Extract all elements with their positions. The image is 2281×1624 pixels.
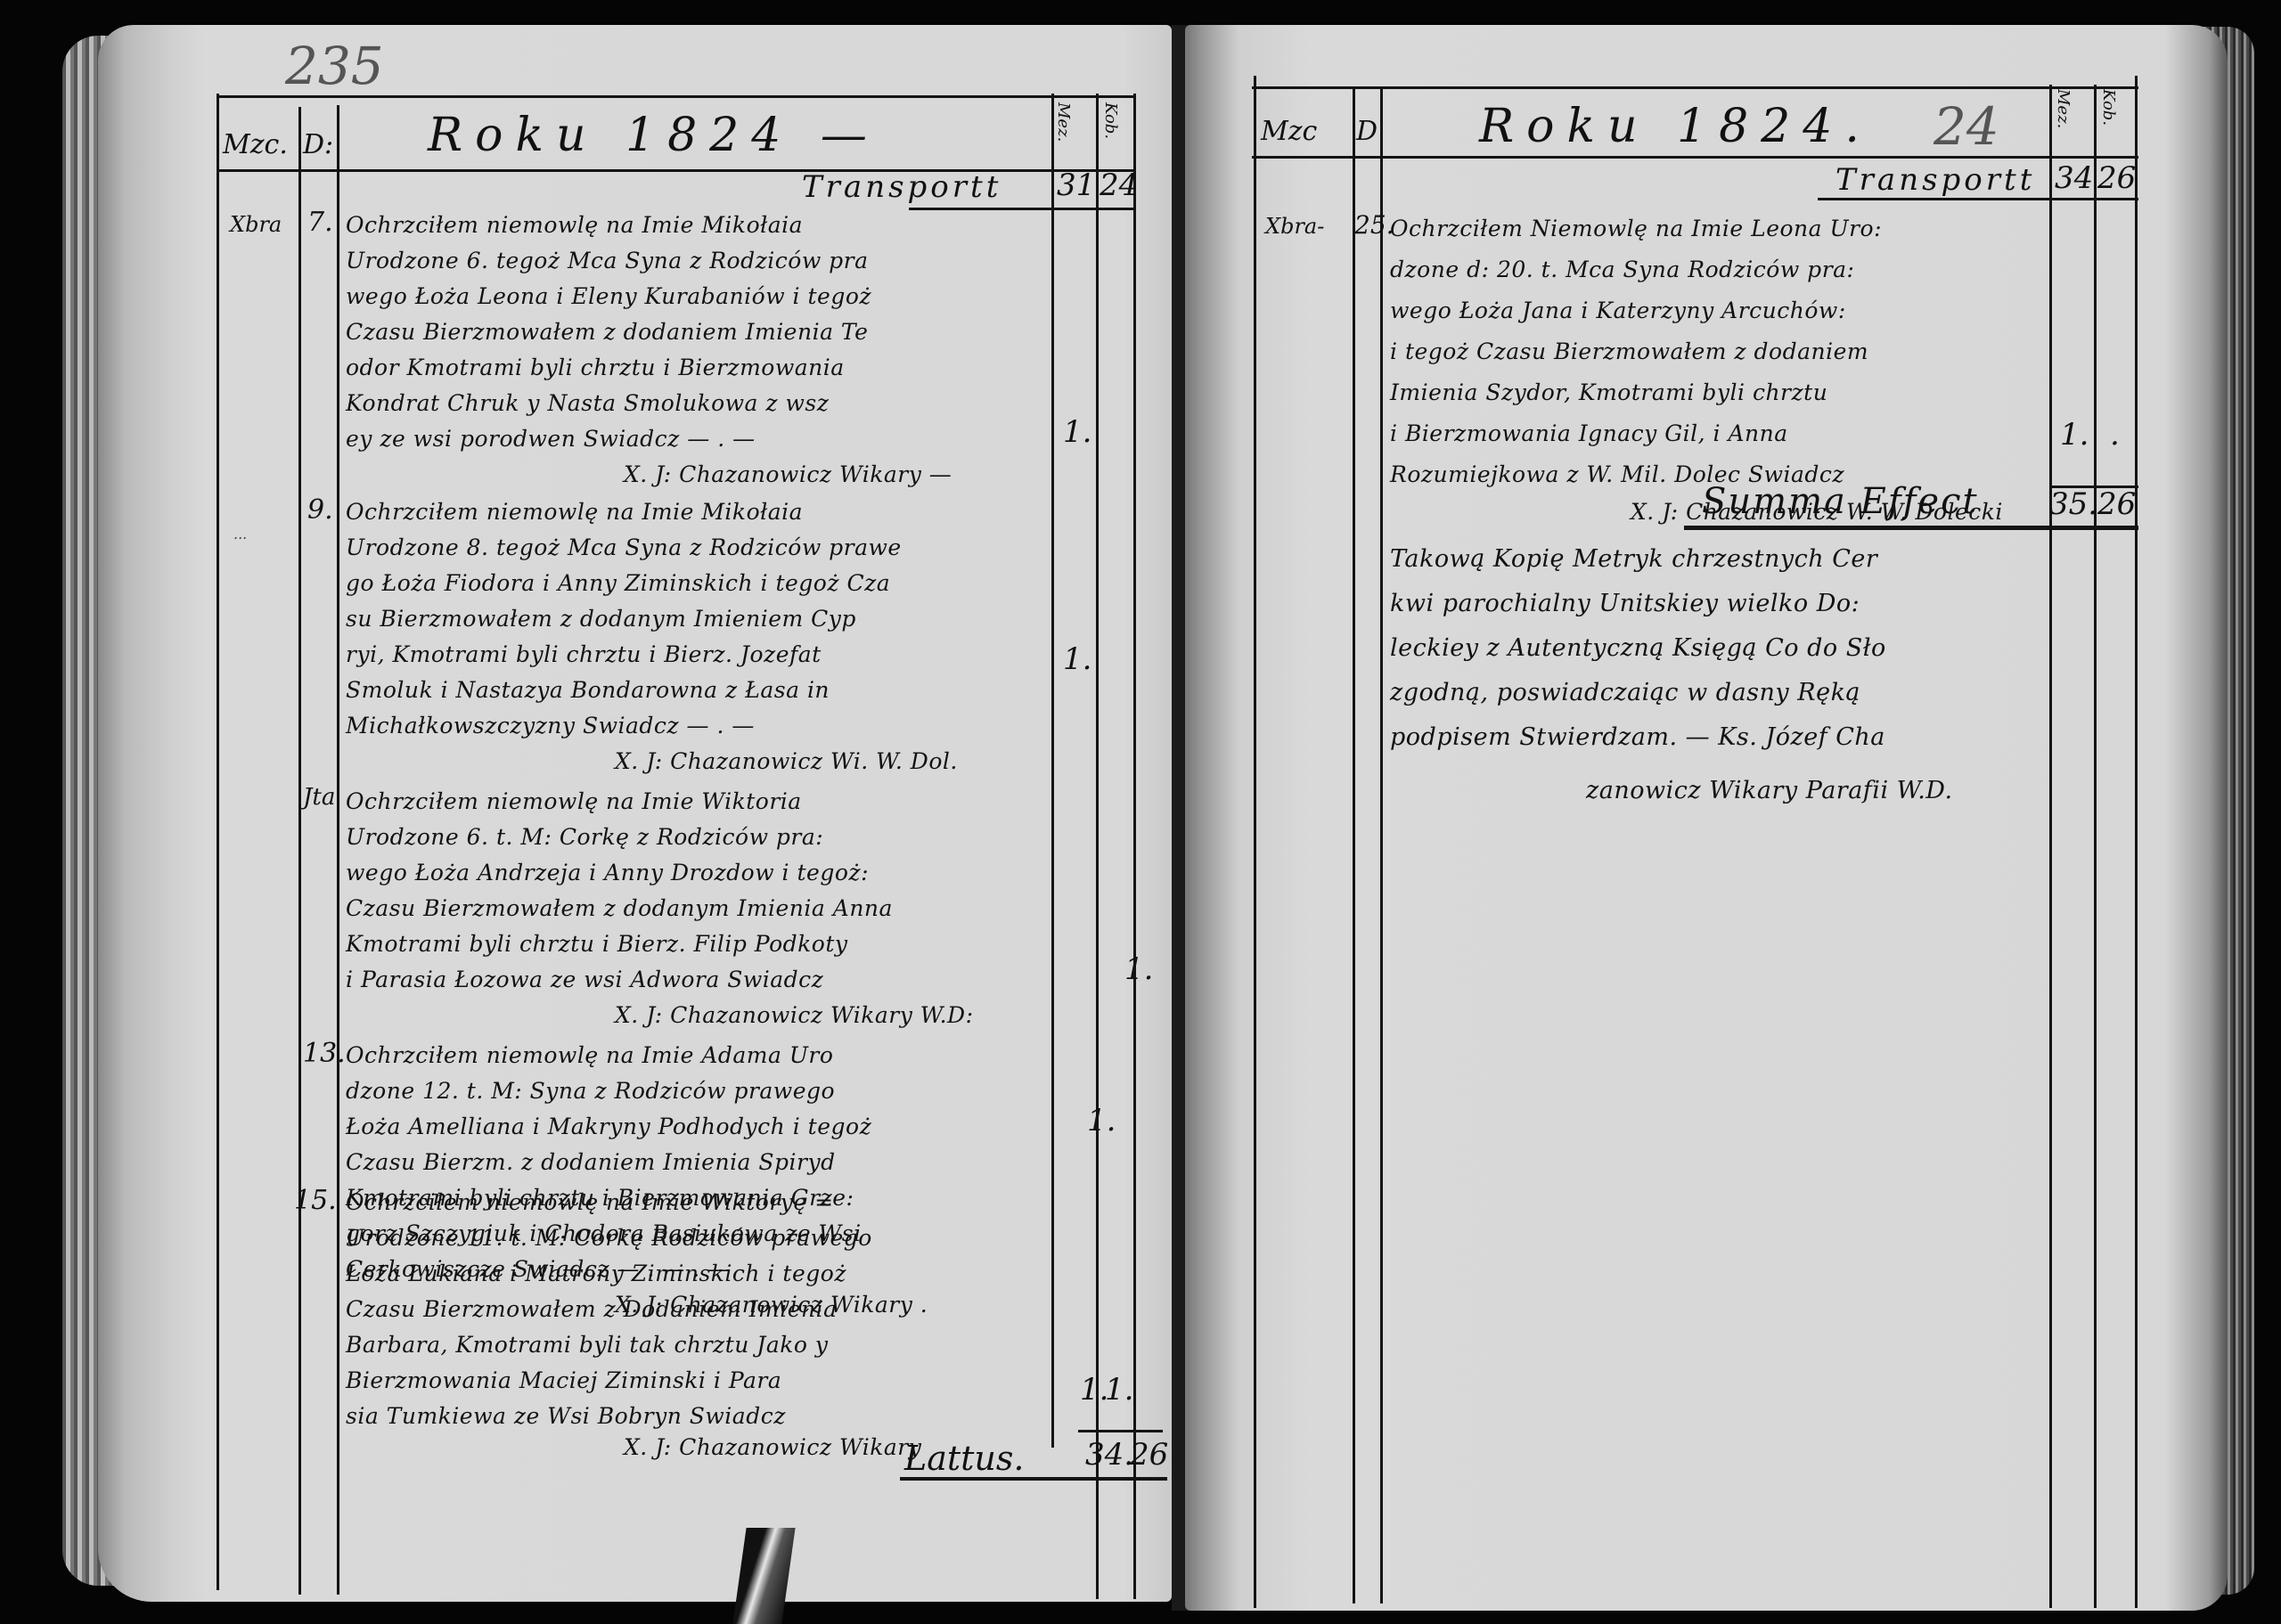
left-header-female: Kob.	[1101, 102, 1120, 139]
right-summa-rule	[1684, 526, 2138, 530]
left-header-male: Mez.	[1054, 102, 1073, 142]
entry-line: Smoluk i Nastazya Bondarowna z Łasa in	[346, 677, 830, 703]
entry-line: Czasu Bierzmowałem z Dodaniem Imienia	[346, 1296, 838, 1322]
entry-signature: X. J: Chazanowicz Wikary	[624, 1434, 921, 1460]
attestation-signature: zanowicz Wikary Parafii W.D.	[1586, 777, 1953, 804]
attestation-line: zgodną, poswiadczaiąc w dasny Ręką	[1390, 679, 1860, 706]
entry-line: ey ze wsi porodwen Swiadcz — . —	[346, 426, 756, 452]
attestation-line: podpisem Stwierdzam. — Ks. Józef Cha	[1390, 723, 1885, 751]
right-summa-label: Summa Effect	[1702, 481, 1979, 522]
entry-line: Bierzmowania Maciej Ziminski i Para	[346, 1367, 781, 1393]
entry-line: Ochrzciłem niemowlę na Imie Mikołaia	[346, 499, 803, 525]
right-header-rule	[1252, 156, 2138, 159]
entry-line: sia Tumkiewa ze Wsi Bobryn Swiadcz	[346, 1403, 786, 1429]
left-transport-rule	[909, 208, 1134, 210]
entry-line: wego Łoża Jana i Katerzyny Arcuchów:	[1390, 298, 1846, 323]
right-col-male-border	[2049, 85, 2052, 1608]
left-footer-label: Lattus.	[904, 1439, 1024, 1478]
entry-line: Ochrzciłem niemowlę na Imie Wiktoria	[346, 788, 802, 814]
left-col-count-border	[1051, 94, 1054, 1448]
entry-day: 15.	[294, 1185, 337, 1216]
right-header-day: D	[1356, 116, 1378, 147]
left-header-month: Mzc.	[223, 129, 288, 160]
right-header-month: Mzc	[1261, 116, 1317, 147]
entry-line: Imienia Szydor, Kmotrami byli chrztu	[1390, 379, 1827, 405]
left-transport-female: 24	[1100, 167, 1138, 203]
entry-line: su Bierzmowałem z dodanym Imieniem Cyp	[346, 606, 856, 632]
right-col-female-border	[2135, 76, 2138, 1608]
entry-line: dzone 12. t. M: Syna z Rodziców prawego	[346, 1078, 835, 1104]
right-transport-female: 26	[2097, 160, 2136, 196]
entry-line: Urodzone 6. t. M: Corkę z Rodziców pra:	[346, 824, 823, 850]
right-transport-male: 34	[2055, 160, 2093, 196]
left-page-folio-number: 235	[285, 36, 384, 96]
entry-line: wego Łoża Andrzeja i Anny Drozdow i tego…	[346, 860, 869, 885]
left-footer-male: 34.	[1085, 1437, 1133, 1473]
right-transport-rule	[1818, 198, 2138, 200]
right-header-male: Mez.	[2054, 89, 2073, 128]
entry-day: 25.	[1354, 210, 1394, 240]
left-transport-male: 31	[1057, 167, 1095, 203]
entry-line: Łoża Amelliana i Makryny Podhodych i teg…	[346, 1114, 871, 1139]
right-col-month-border	[1254, 76, 1256, 1608]
entry-line: Czasu Bierzm. z dodaniem Imienia Spiryd	[346, 1149, 836, 1175]
entry-line: Ochrzciłem niemowlę na Imie Adama Uro	[346, 1042, 833, 1068]
entry-male-count: 1.	[1063, 414, 1091, 450]
left-col-text-border	[337, 105, 339, 1595]
right-page-folio-number: 24	[1934, 96, 1999, 157]
entry-line: dzone d: 20. t. Mca Syna Rodziców pra:	[1390, 257, 1854, 282]
entry-day: 13.	[303, 1038, 346, 1069]
entry-line: odor Kmotrami byli chrztu i Bierzmowania	[346, 355, 845, 380]
attestation-line: kwi parochialny Unitskiey wielko Do:	[1390, 590, 1860, 617]
entry-line: go Łoża Fiodora i Anny Ziminskich i tego…	[346, 570, 890, 596]
entry-signature: X. J: Chazanowicz Wi. W. Dol.	[615, 748, 958, 774]
entry-day: 7.	[307, 207, 333, 238]
entry-female-count: .	[2110, 417, 2120, 453]
entry-male-count: 1.	[1124, 951, 1153, 987]
left-header-day: D:	[303, 129, 333, 160]
entry-line: Czasu Bierzmowałem z dodaniem Imienia Te	[346, 319, 868, 345]
left-col-day-border	[298, 107, 301, 1595]
entry-line: Kmotrami byli chrztu i Bierz. Filip Podk…	[346, 931, 848, 957]
right-header-female: Kob.	[2099, 89, 2118, 126]
entry-line: i Bierzmowania Ignacy Gil, i Anna	[1390, 420, 1788, 446]
entry-line: wego Łoża Leona i Eleny Kurabaniów i teg…	[346, 283, 871, 309]
entry-margin-note: ...	[233, 526, 247, 543]
entry-line: Kondrat Chruk y Nasta Smolukowa z wsz	[346, 390, 829, 416]
left-footer-female: 26	[1130, 1437, 1168, 1473]
entry-line: Czasu Bierzmowałem z dodanym Imienia Ann…	[346, 895, 893, 921]
left-top-rule	[217, 95, 1134, 98]
left-transport-label: Transportt	[802, 169, 1002, 205]
left-page-title: Roku 1824 —	[428, 109, 879, 162]
entry-female-count: 1.	[1105, 1372, 1133, 1408]
entry-month: Jta	[303, 784, 335, 811]
entry-line: Barbara, Kmotrami byli tak chrztu Jako y	[346, 1332, 829, 1358]
entry-male-count: 1.	[2060, 417, 2089, 453]
right-summa-female: 26	[2097, 486, 2136, 522]
entry-male-count: 1.	[1063, 641, 1091, 677]
attestation-line: Takową Kopię Metryk chrzestnych Cer	[1390, 545, 1877, 573]
right-summa-male: 35.	[2049, 486, 2097, 522]
attestation-line: leckiey z Autentyczną Księgą Co do Sło	[1390, 634, 1886, 662]
right-page-title: Roku 1824.	[1479, 100, 1872, 153]
entry-month: Xbra-	[1265, 214, 1324, 239]
entry-line: Urodzone 8. tegoż Mca Syna z Rodziców pr…	[346, 535, 902, 560]
left-col-month-border	[217, 94, 219, 1590]
entry-line: Ochrzciłem Niemowlę na Imie Leona Uro:	[1390, 216, 1882, 241]
entry-male-count: 1.	[1087, 1103, 1116, 1138]
right-transport-label: Transportt	[1835, 162, 2035, 198]
entry-line: Ochrzciłem niemowlę na Imie Wiktoryę =	[346, 1189, 834, 1215]
entry-month: Xbra	[230, 212, 282, 237]
entry-signature: X. J: Chazanowicz Wikary W.D:	[615, 1002, 974, 1028]
entry-line: Urodzone 6. tegoż Mca Syna z Rodziców pr…	[346, 248, 869, 273]
entry-line: Urodzone 11. t. M: Corkę Rodziców praweg…	[346, 1225, 872, 1251]
entry-line: ryi, Kmotrami byli chrztu i Bierz. Jozef…	[346, 641, 822, 667]
right-col-count-border	[2094, 85, 2097, 1608]
right-top-rule	[1252, 86, 2138, 89]
right-col-day-border	[1353, 89, 1355, 1604]
entry-line: Ochrzciłem niemowlę na Imie Mikołaia	[346, 212, 803, 238]
entry-line: i tegoż Czasu Bierzmowałem z dodaniem	[1390, 339, 1868, 364]
right-col-text-border	[1380, 89, 1383, 1604]
entry-line: Michałkowszczyzny Swiadcz — . —	[346, 713, 755, 739]
entry-day: 9.	[307, 494, 333, 526]
entry-line: i Parasia Łozowa ze wsi Adwora Swiadcz	[346, 967, 823, 992]
entry-line: Łoża Łukiana i Matrony Ziminskich i tego…	[346, 1261, 846, 1286]
left-footer-top-rule	[1078, 1430, 1163, 1432]
entry-signature: X. J: Chazanowicz Wikary —	[624, 461, 952, 487]
